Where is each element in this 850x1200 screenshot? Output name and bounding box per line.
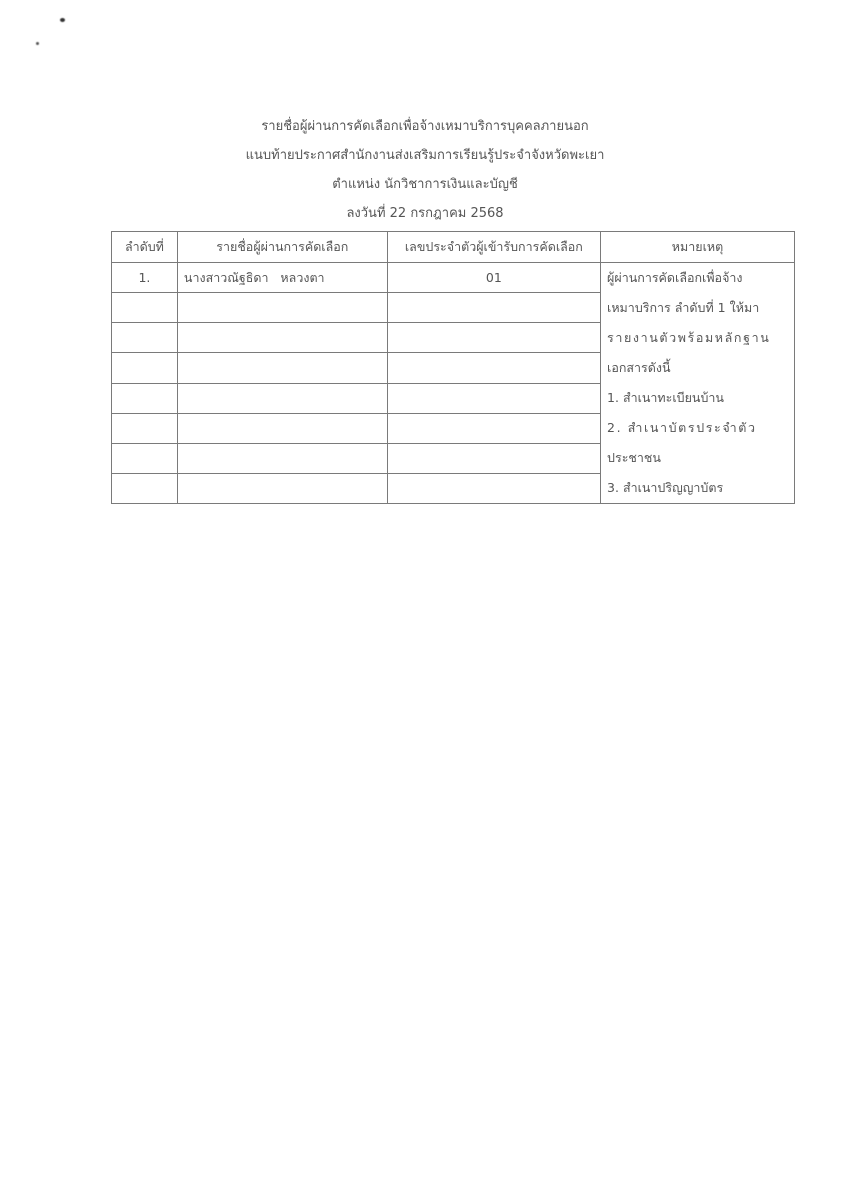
- remarks-line: 2. สำเนาบัตรประจำตัว: [607, 413, 788, 443]
- cell-candidate-id: [387, 413, 600, 443]
- cell-name: [177, 353, 387, 383]
- cell-order: [112, 473, 178, 503]
- heading-position: ตำแหน่ง นักวิชาการเงินและบัญชี: [0, 170, 850, 199]
- cell-order: [112, 293, 178, 323]
- cell-candidate-id: [387, 383, 600, 413]
- table-row: 1.นางสาวณัฐธิดา หลวงตา01ผู้ผ่านการคัดเลื…: [112, 263, 795, 293]
- remarks-line: รายงานตัวพร้อมหลักฐาน: [607, 323, 788, 353]
- selected-candidates-table: ลำดับที่ รายชื่อผู้ผ่านการคัดเลือก เลขปร…: [111, 231, 795, 504]
- cell-candidate-id: [387, 353, 600, 383]
- column-header-remarks: หมายเหตุ: [601, 232, 795, 263]
- cell-candidate-id: [387, 473, 600, 503]
- cell-order: [112, 323, 178, 353]
- remarks-line: เอกสารดังนี้: [607, 353, 788, 383]
- cell-name: [177, 383, 387, 413]
- scan-speck: [60, 18, 65, 22]
- column-header-name: รายชื่อผู้ผ่านการคัดเลือก: [177, 232, 387, 263]
- cell-remarks: ผู้ผ่านการคัดเลือกเพื่อจ้างเหมาบริการ ลำ…: [601, 263, 795, 504]
- document-heading: รายชื่อผู้ผ่านการคัดเลือกเพื่อจ้างเหมาบร…: [0, 112, 850, 228]
- cell-name: นางสาวณัฐธิดา หลวงตา: [177, 263, 387, 293]
- cell-candidate-id: 01: [387, 263, 600, 293]
- cell-candidate-id: [387, 443, 600, 473]
- cell-name: [177, 293, 387, 323]
- cell-name: [177, 473, 387, 503]
- table-header-row: ลำดับที่ รายชื่อผู้ผ่านการคัดเลือก เลขปร…: [112, 232, 795, 263]
- heading-title: รายชื่อผู้ผ่านการคัดเลือกเพื่อจ้างเหมาบร…: [0, 112, 850, 141]
- remarks-line: 1. สำเนาทะเบียนบ้าน: [607, 383, 788, 413]
- cell-name: [177, 413, 387, 443]
- cell-name: [177, 443, 387, 473]
- heading-date: ลงวันที่ 22 กรกฎาคม 2568: [0, 199, 850, 228]
- remarks-line: เหมาบริการ ลำดับที่ 1 ให้มา: [607, 293, 788, 323]
- cell-order: 1.: [112, 263, 178, 293]
- table-body: 1.นางสาวณัฐธิดา หลวงตา01ผู้ผ่านการคัดเลื…: [112, 263, 795, 504]
- remarks-line: 3. สำเนาปริญญาบัตร: [607, 473, 788, 503]
- remarks-line: ผู้ผ่านการคัดเลือกเพื่อจ้าง: [607, 263, 788, 293]
- cell-order: [112, 383, 178, 413]
- cell-candidate-id: [387, 323, 600, 353]
- cell-name: [177, 323, 387, 353]
- scan-speck: [36, 42, 39, 45]
- remarks-line: ประชาชน: [607, 443, 788, 473]
- heading-announcement: แนบท้ายประกาศสำนักงานส่งเสริมการเรียนรู้…: [0, 141, 850, 170]
- column-header-candidate-id: เลขประจำตัวผู้เข้ารับการคัดเลือก: [387, 232, 600, 263]
- cell-order: [112, 353, 178, 383]
- cell-order: [112, 413, 178, 443]
- cell-order: [112, 443, 178, 473]
- column-header-order: ลำดับที่: [112, 232, 178, 263]
- cell-candidate-id: [387, 293, 600, 323]
